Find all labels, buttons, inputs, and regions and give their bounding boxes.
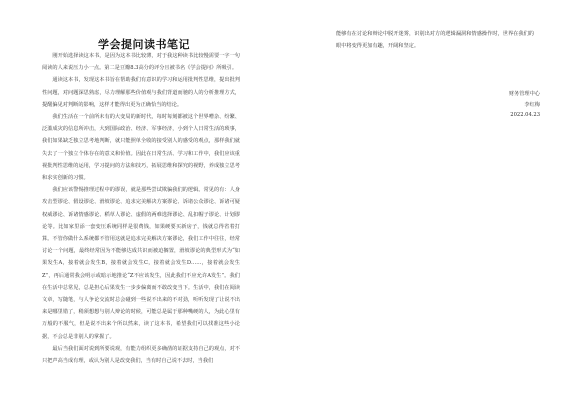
signature-department: 财务管理中心 [470, 89, 540, 100]
document-page-right [288, 0, 577, 400]
signature-date: 2022.04.23 [470, 110, 540, 121]
paragraph: 我们应该警惕推理过程中的谬误，就是那些尝试欺骗我们的逻辑。常见的有：人身攻击型谬… [42, 184, 240, 343]
signature-block: 财务管理中心 李红梅 2022.04.23 [470, 89, 540, 121]
signature-author: 李红梅 [470, 100, 540, 111]
paragraph: 最后当我们面对说到所要说观，有能力组织更多确凿的证据支持自己的观点，对不只把声高… [42, 343, 240, 367]
left-page-body: 刚开始选择读这本书，是因为这本书比较薄，对于我这种读书比较慢需要一字一句阅读的人… [42, 50, 240, 367]
paragraph: 刚开始选择读这本书，是因为这本书比较薄，对于我这种读书比较慢需要一字一句阅读的人… [42, 50, 240, 74]
paragraph: 通读这本书，发现这本书旨在帮助我们有意识的学习和运用批判性思维，提出批判性问题，… [42, 74, 240, 111]
paragraph: 能够有在讨论和辩论中脱开迷雾，识别出对方的逻辑漏洞和情感操作时，世界在我们的眼中… [336, 28, 534, 52]
paragraph: 我们生活在一个前所未有的大变局的新时代，每时每刻都被这个世界嘈杂、纷繁、泛滥成灾… [42, 111, 240, 184]
right-page-body: 能够有在讨论和辩论中脱开迷雾，识别出对方的逻辑漏洞和情感操作时，世界在我们的眼中… [336, 28, 534, 52]
